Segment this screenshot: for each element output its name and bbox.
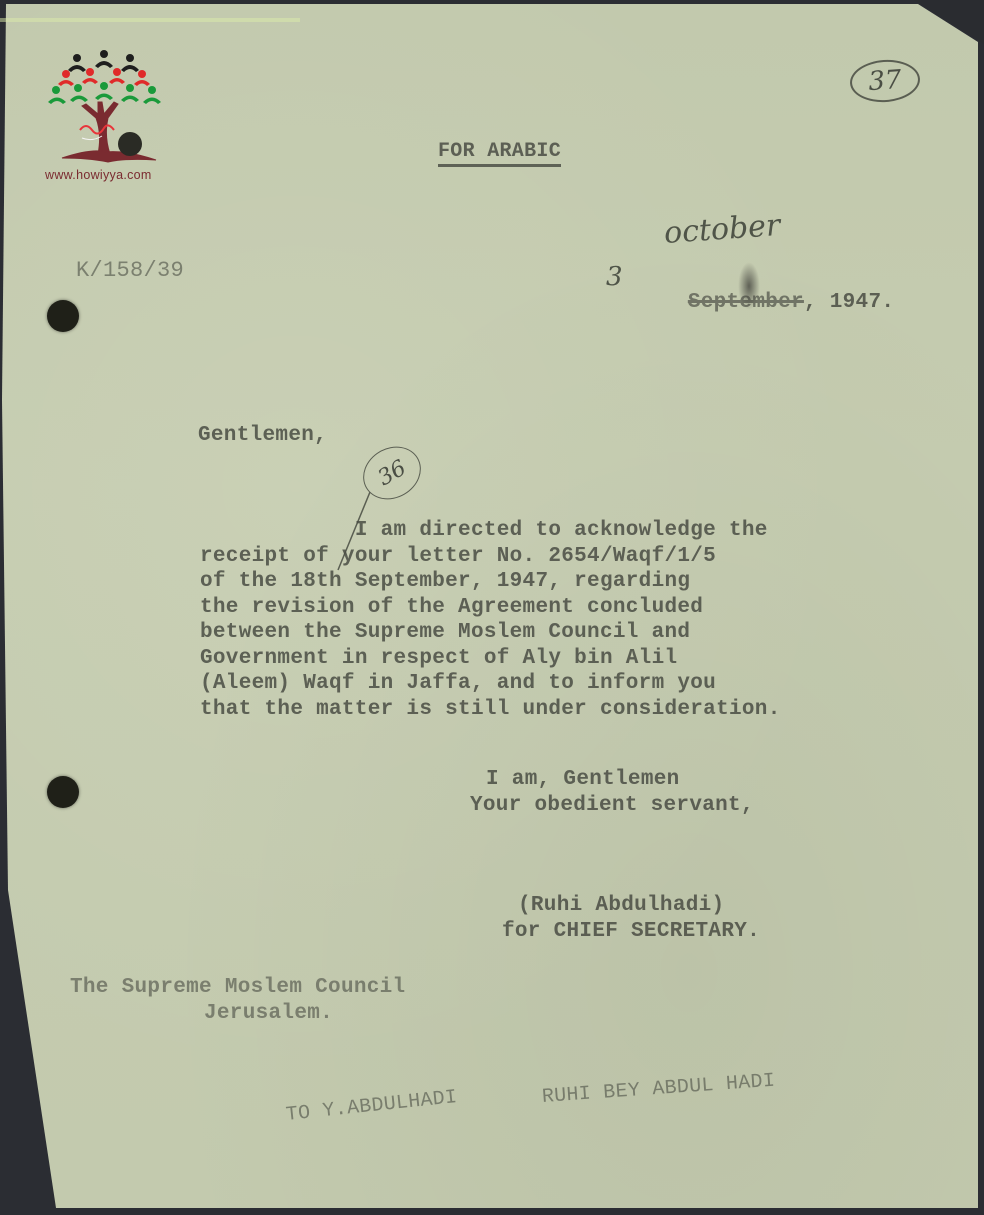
addressee-line-2: Jerusalem. xyxy=(204,1002,333,1025)
date-year: , 1947. xyxy=(804,291,894,314)
paper-top-highlight xyxy=(0,18,300,22)
body-line: that the matter is still under considera… xyxy=(200,697,781,723)
punch-hole-bottom xyxy=(47,776,79,808)
body-line: between the Supreme Moslem Council and xyxy=(200,620,781,646)
signatory-title: for CHIEF SECRETARY. xyxy=(502,920,760,943)
body-line: of the 18th September, 1947, regarding xyxy=(200,569,781,595)
body-line: the revision of the Agreement concluded xyxy=(200,595,781,621)
file-reference: K/158/39 xyxy=(76,258,184,283)
closing-line-1: I am, Gentlemen xyxy=(486,768,680,791)
letter-body: I am directed to acknowledge the receipt… xyxy=(200,518,781,722)
salutation: Gentlemen, xyxy=(198,424,327,447)
closing-line-2: Your obedient servant, xyxy=(470,794,754,817)
body-line: (Aleem) Waqf in Jaffa, and to inform you xyxy=(200,671,781,697)
addressee-line-1: The Supreme Moslem Council xyxy=(70,976,405,999)
page-number: 37 xyxy=(867,65,902,97)
document-heading: FOR ARABIC xyxy=(438,140,561,167)
howiyya-tree-logo-icon xyxy=(42,46,172,171)
body-line: receipt of your letter No. 2654/Waqf/1/5 xyxy=(200,544,781,570)
ink-smudge xyxy=(738,262,760,310)
margin-note-number: 36 xyxy=(374,455,411,491)
body-line: I am directed to acknowledge the xyxy=(200,518,781,544)
date-handwritten-day: 3 xyxy=(606,262,623,292)
logo-url-text[interactable]: www.howiyya.com xyxy=(45,168,152,182)
punch-hole-top xyxy=(47,300,79,332)
body-line: Government in respect of Aly bin Alil xyxy=(200,646,781,672)
date-typed: September, 1947. xyxy=(662,268,894,314)
howiyya-logo[interactable] xyxy=(42,46,172,186)
signatory-name: (Ruhi Abdulhadi) xyxy=(518,894,724,917)
